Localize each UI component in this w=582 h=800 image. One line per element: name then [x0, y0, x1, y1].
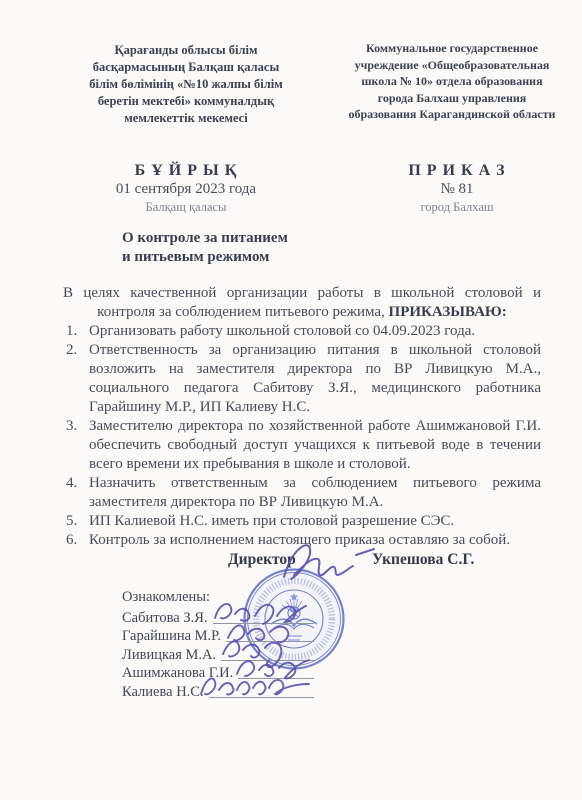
letterhead-line: школа № 10» отдела образования	[330, 73, 574, 90]
intro-line: контроля за соблюдением питьевого режима…	[63, 303, 541, 322]
acknowledged-name: Ашимжанова Г.И.	[122, 665, 238, 682]
acknowledged-name: Сабитова З.Я.	[122, 610, 213, 627]
letterhead-line: Қарағанды облысы білім	[55, 42, 317, 59]
subject-line: О контроле за питанием	[122, 229, 362, 248]
intro-paragraph: В целях качественной организации работы …	[63, 284, 541, 322]
acknowledged-label: Ознакомлены:	[122, 588, 314, 606]
signature-line	[209, 697, 314, 698]
acknowledged-row: Калиева Н.С.	[122, 682, 314, 701]
acknowledged-row: Сабитова З.Я.	[122, 608, 314, 627]
signature-line	[238, 678, 314, 679]
signature-line	[213, 623, 314, 624]
acknowledged-name: Гарайшина М.Р.	[122, 628, 226, 645]
signature-line	[221, 660, 314, 661]
directive-item: Контроль за исполнением настоящего прика…	[63, 531, 541, 550]
acknowledged-row: Гарайшина М.Р.	[122, 627, 314, 646]
order-place-kk: Балқащ қаласы	[55, 200, 317, 215]
scanned-order-document: Қарағанды облысы білім басқармасының Бал…	[0, 0, 582, 800]
acknowledged-row: Ашимжанова Г.И.	[122, 664, 314, 683]
letterhead-line: мемлекеттік мекемесі	[55, 110, 317, 127]
order-block-russian: П Р И К А З № 81 город Балхаш	[358, 162, 556, 215]
order-subject: О контроле за питанием и питьевым режимо…	[122, 229, 362, 267]
letterhead-line: города Балхаш управления	[330, 90, 574, 107]
acknowledgement-block: Ознакомлены: Сабитова З.Я. Гарайшина М.Р…	[122, 588, 314, 701]
directive-item: ИП Калиевой Н.С. иметь при столовой разр…	[63, 512, 541, 531]
director-name: Укпешова С.Г.	[372, 551, 474, 569]
order-date: 01 сентября 2023 года	[55, 181, 317, 198]
letterhead-russian: Коммунальное государственное учреждение …	[330, 40, 574, 123]
directive-item: Заместителю директора по хозяйственной р…	[63, 417, 541, 474]
order-number: № 81	[358, 181, 556, 198]
letterhead-line: беретін мектебі» коммуналдық	[55, 93, 317, 110]
letterhead-line: Коммунальное государственное	[330, 40, 574, 57]
directive-item: Ответственность за организацию питания в…	[63, 341, 541, 417]
order-title-kk: Б Ұ Й Р Ы Қ	[55, 162, 317, 180]
directive-item: Назначить ответственным за соблюдением п…	[63, 474, 541, 512]
subject-line: и питьевым режимом	[122, 248, 362, 267]
acknowledged-row: Ливицкая М.А.	[122, 645, 314, 664]
order-place-ru: город Балхаш	[358, 200, 556, 215]
intro-line: В целях качественной организации работы …	[63, 284, 541, 303]
signature-line	[226, 641, 314, 642]
order-title-ru: П Р И К А З	[358, 162, 556, 180]
letterhead-line: образования Карагандинской области	[330, 106, 574, 123]
letterhead-kazakh: Қарағанды облысы білім басқармасының Бал…	[55, 42, 317, 127]
directives-list: Организовать работу школьной столовой со…	[63, 322, 541, 550]
letterhead-line: учреждение «Общеобразовательная	[330, 57, 574, 74]
order-block-kazakh: Б Ұ Й Р Ы Қ 01 сентября 2023 года Балқащ…	[55, 162, 317, 215]
acknowledged-name: Ливицкая М.А.	[122, 647, 221, 664]
letterhead-line: білім бөлімінің «№10 жалпы білім	[55, 76, 317, 93]
acknowledged-name: Калиева Н.С.	[122, 684, 209, 701]
prikazyvayu-keyword: ПРИКАЗЫВАЮ:	[389, 304, 507, 320]
letterhead-line: басқармасының Балқаш қаласы	[55, 59, 317, 76]
directive-item: Организовать работу школьной столовой со…	[63, 322, 541, 341]
intro-text: контроля за соблюдением питьевого режима…	[97, 304, 388, 320]
